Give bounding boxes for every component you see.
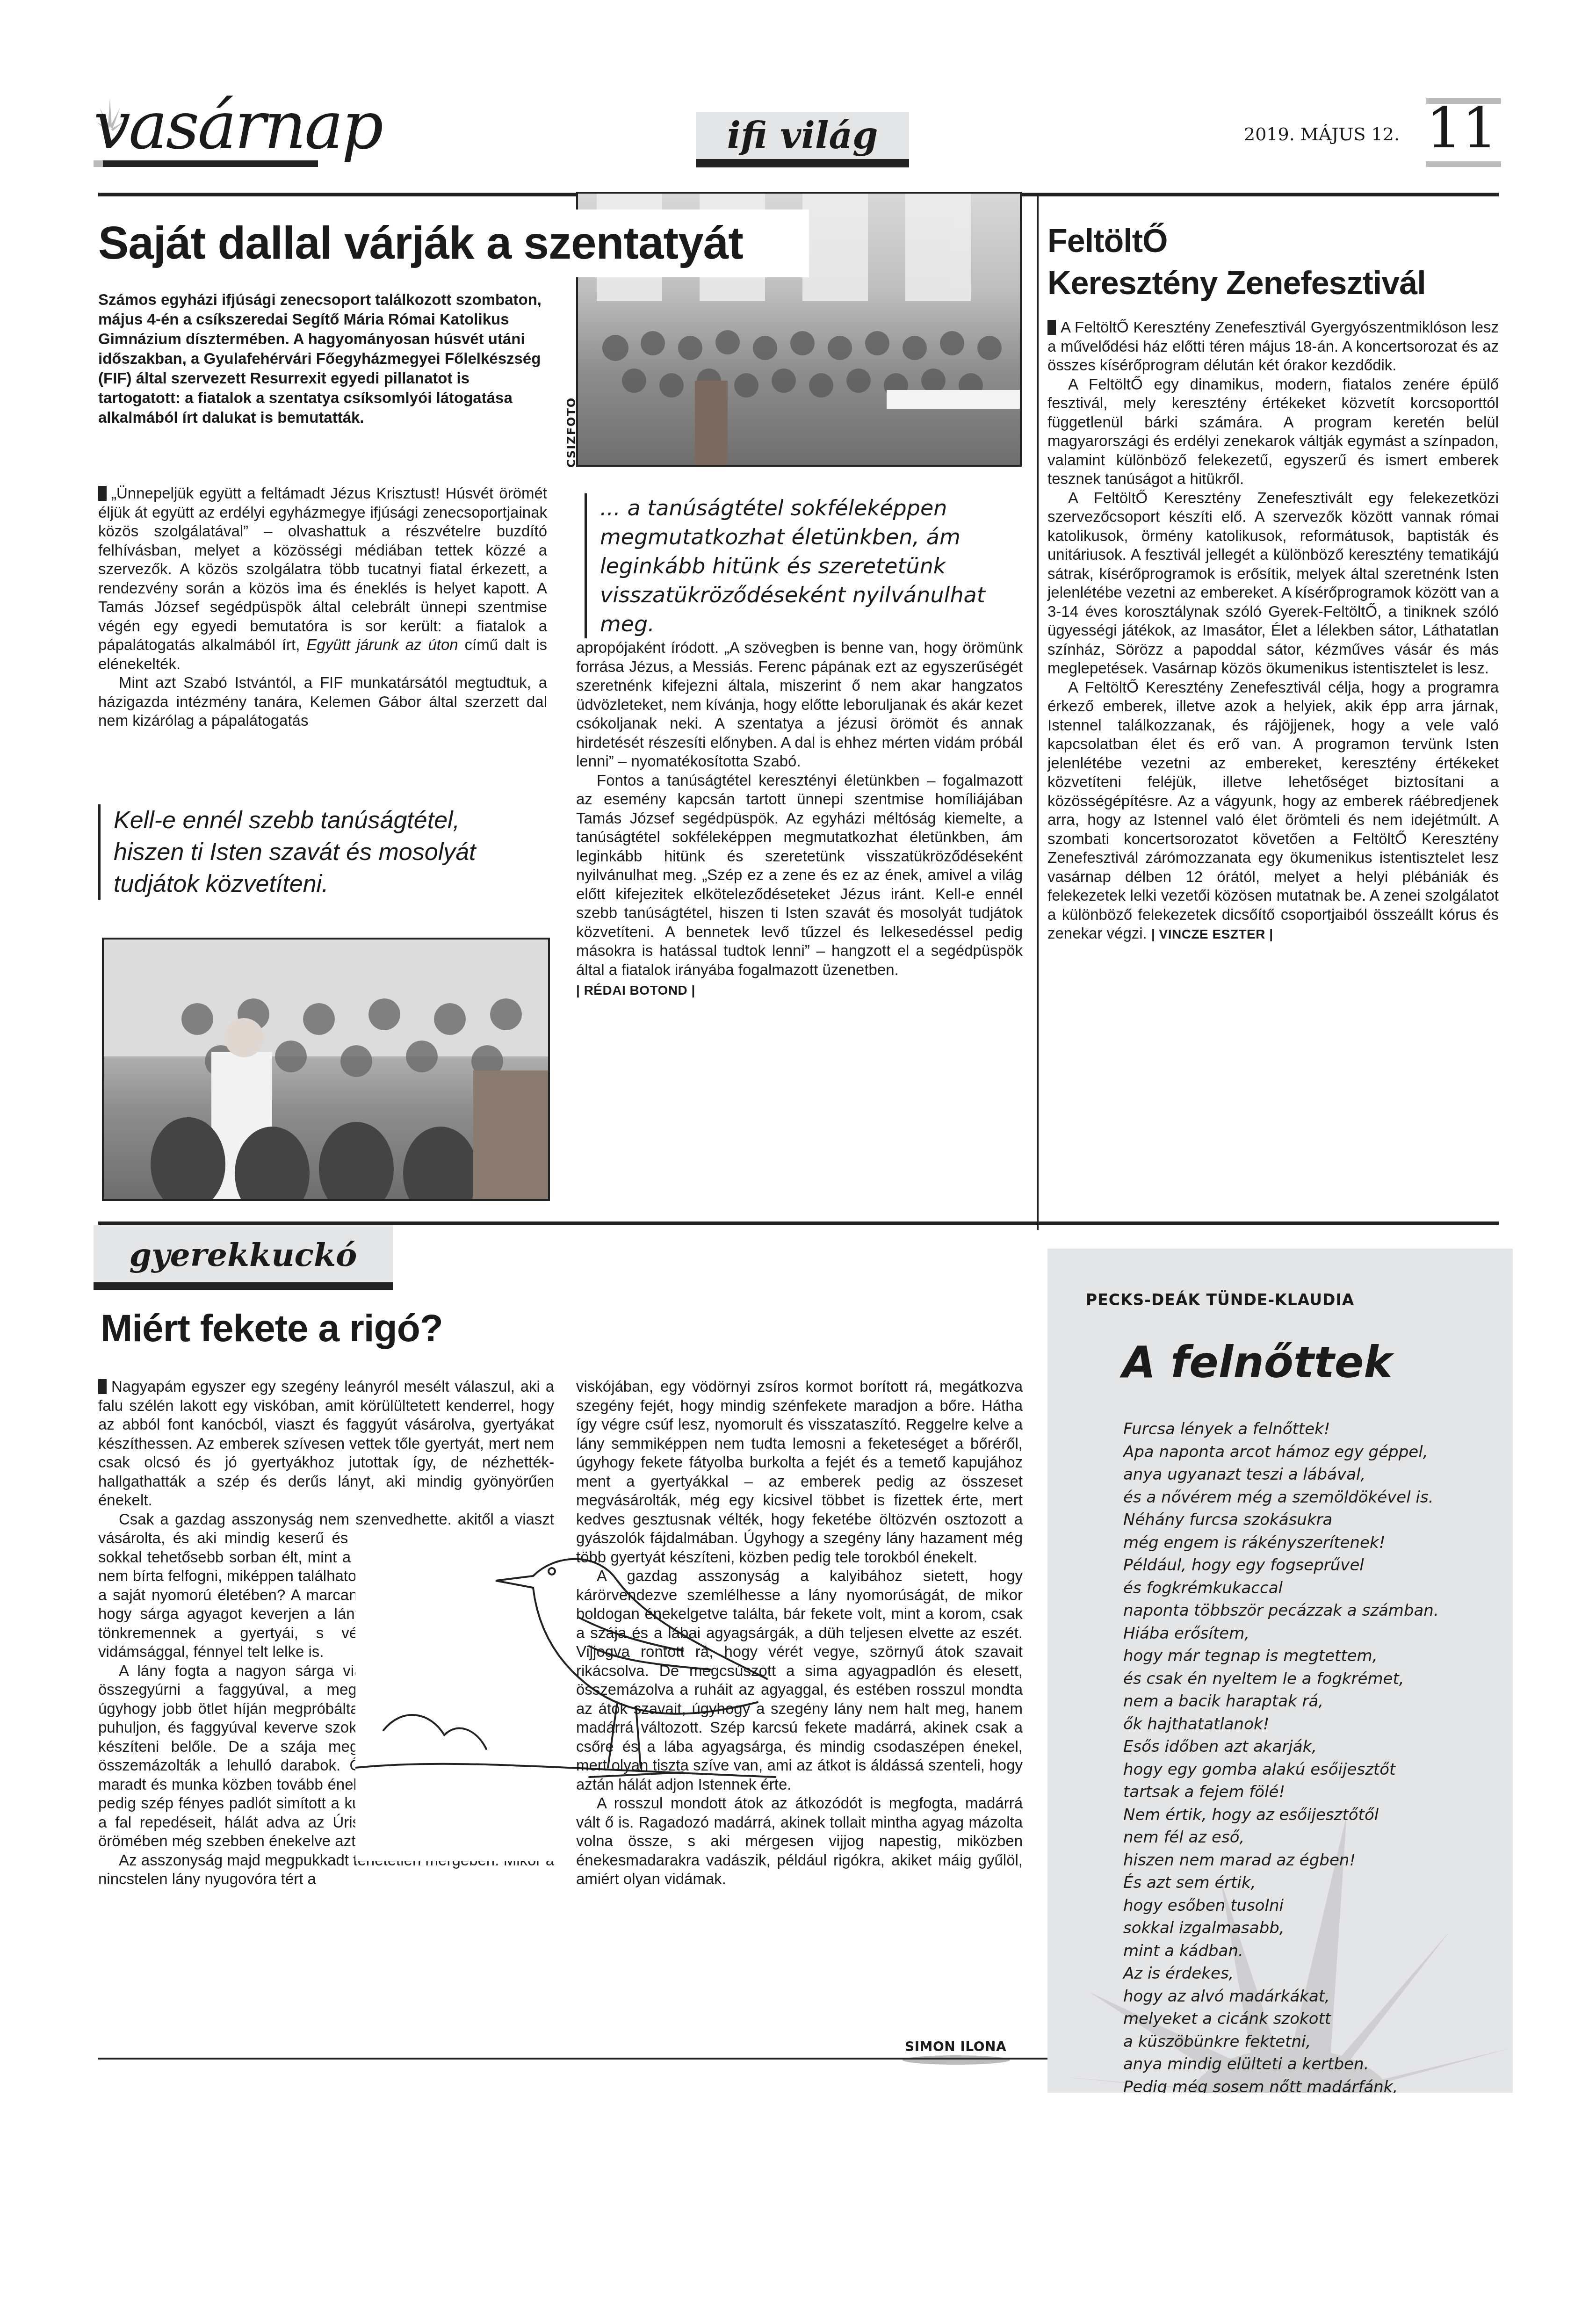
article-lead: Számos egyházi ifjúsági zenecsoport talá… — [98, 290, 547, 427]
tale-col2: viskójában, egy vödörnyi zsíros kormot b… — [576, 1377, 1023, 1889]
bishop-photo-illustration — [104, 940, 548, 1199]
paragraph-marker — [98, 1379, 107, 1394]
poem-title: A felnőttek — [1122, 1337, 1392, 1388]
newspaper-logo[interactable]: vasárnap — [94, 94, 382, 159]
poem-text: Furcsa lények a felnőttek! Apa naponta a… — [1123, 1418, 1439, 2093]
festival-article: A FeltöltŐ Keresztény Zenefesztivál Gyer… — [1047, 318, 1499, 944]
poem-box: PECKS-DEÁK TÜNDE-KLAUDIA A felnőttek Fur… — [1047, 1249, 1513, 2093]
section-tag-underline — [696, 159, 909, 167]
pullquote-left: Kell-e ennél szebb tanúságtétel, hiszen … — [98, 804, 534, 900]
tale-author: SIMON ILONA — [905, 2039, 1006, 2054]
kids-section-underline — [94, 1282, 393, 1290]
tale-headline: Miért fekete a rigó? — [101, 1309, 443, 1348]
logo-accent — [94, 160, 103, 167]
poem-author: PECKS-DEÁK TÜNDE-KLAUDIA — [1086, 1291, 1354, 1309]
article-headline: Saját dallal várják a szentatyát — [98, 220, 743, 266]
page-number: 11 — [1426, 101, 1498, 157]
section-tag: ifi világ — [696, 112, 909, 159]
pullquote-right: ... a tanúságtétel sokféleképpen megmuta… — [585, 493, 1021, 638]
article-col1: „Ünnepeljük együtt a feltámadt Jézus Kri… — [98, 484, 547, 730]
festival-author: VINCZE ESZTER — [1159, 927, 1265, 941]
column-divider — [1037, 196, 1039, 1230]
paragraph-marker — [1047, 320, 1056, 335]
page-number-bottom-bar — [1426, 161, 1501, 167]
kids-section-tag: gyerekkuckó — [94, 1225, 393, 1285]
logo-underline — [103, 160, 318, 167]
bishop-photo — [102, 938, 550, 1201]
photo-credit: CSIZFOTO — [565, 397, 578, 468]
festival-headline: FeltöltŐKeresztény Zenefesztivál — [1047, 220, 1426, 304]
paragraph-marker — [98, 486, 107, 501]
song-title: Együtt járunk az úton — [306, 636, 458, 653]
article-col2: apropójaként íródott. „A szövegben is be… — [576, 638, 1023, 1000]
article-author: RÉDAI BOTOND — [584, 983, 688, 997]
issue-date: 2019. MÁJUS 12. — [1244, 124, 1400, 145]
author-underline — [903, 2055, 1010, 2065]
section-rule — [98, 1221, 1499, 1225]
bottom-rule — [98, 2058, 1047, 2060]
